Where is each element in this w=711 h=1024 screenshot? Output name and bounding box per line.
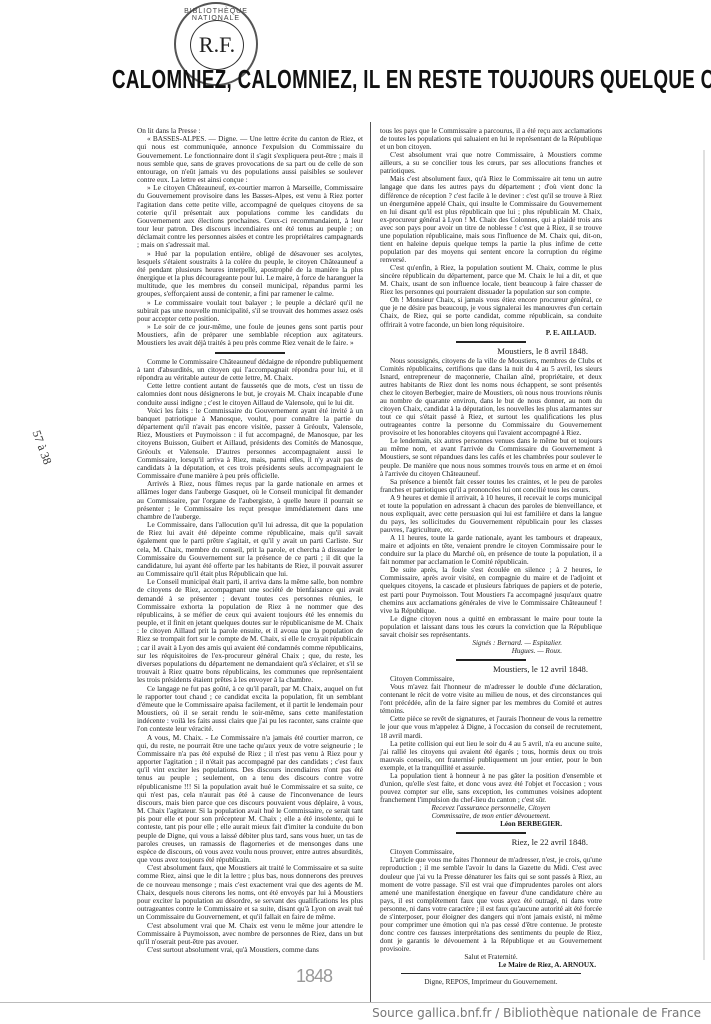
paragraph: » Hué par la population entière, obligé … — [137, 250, 363, 299]
paragraph: Comme le Commissaire Châteauneuf dédaign… — [137, 358, 363, 383]
handwritten-margin-note: 57 à 38 — [29, 428, 55, 466]
paragraph: C'est qu'enfin, à Riez, la population so… — [380, 264, 602, 296]
paragraph: » Le soir de ce jour-même, une foule de … — [137, 323, 363, 348]
paragraph: Le lendemain, six autres personnes venue… — [380, 437, 602, 477]
paragraph: Cette pièce se revêt de signatures, et j… — [380, 715, 602, 739]
salutation: Citoyen Commissaire, — [380, 675, 602, 683]
signature-arnoux: Le Maire de Riez, A. ARNOUX. — [380, 961, 602, 969]
section-rule — [456, 341, 526, 343]
signatories-line1: Signés : Bernard. — Espitalier. — [380, 639, 602, 647]
paragraph: Vous m'avez fait l'honneur de m'adresser… — [380, 683, 602, 715]
signatories-line2: Hugues. — Roux. — [380, 647, 602, 655]
printer-rule — [401, 973, 581, 974]
paragraph: De suite après, la foule s'est écoulée e… — [380, 566, 602, 614]
paragraph: Voici les faits : le Commissaire du Gouv… — [137, 407, 363, 481]
printer-imprint: Digne, REPOS, Imprimeur du Gouvernement. — [380, 978, 602, 986]
paragraph: tous les pays que le Commissaire a parco… — [380, 127, 602, 151]
section-rule — [456, 832, 526, 834]
paragraph: Sa présence a bientôt fait cesser toutes… — [380, 478, 602, 494]
dateline-letter1: Moustiers, le 8 avril 1848. — [380, 347, 602, 355]
section-rule — [215, 352, 285, 354]
paragraph: C'est absolument faux, que Moustiers ait… — [137, 864, 363, 921]
closing: Salut et Fraternité. — [380, 953, 602, 961]
pencil-year-annotation: 1848 — [296, 966, 332, 987]
column-divider — [370, 122, 371, 1002]
paragraph: Le digne citoyen nous a quitté en embras… — [380, 615, 602, 639]
paragraph: C'est absolument vrai que notre Commissa… — [380, 151, 602, 175]
salutation: Citoyen Commissaire, — [380, 848, 602, 856]
dateline-letter2: Moustiers, le 12 avril 1848. — [380, 665, 602, 673]
paragraph: C'est absolument vrai que M. Chaix est v… — [137, 922, 363, 947]
page-edge — [703, 150, 705, 960]
paragraph: Le Conseil municipal était parti, il arr… — [137, 578, 363, 684]
section-rule — [456, 659, 526, 661]
paragraph: Le Commissaire, dans l'allocution qu'il … — [137, 521, 363, 578]
paragraph: » Le commissaire voulait tout balayer ; … — [137, 299, 363, 324]
closing-line1: Recevez l'assurance personnelle, Citoyen — [380, 804, 602, 812]
signature-berbegier: Léon BERBEGIER. — [380, 820, 602, 828]
paragraph: A 9 heures et demie il arrivait, à 10 he… — [380, 494, 602, 534]
paragraph: A vous, M. Chaix. - Le Commissaire n'a j… — [137, 734, 363, 865]
stamp-initials: R.F. — [190, 20, 244, 70]
paragraph: « BASSES-ALPES. — Digne. — Une lettre éc… — [137, 135, 363, 184]
dateline-letter3: Riez, le 22 avril 1848. — [380, 838, 602, 846]
paragraph: Mais c'est absolument faux, qu'à Riez le… — [380, 175, 602, 264]
document-page: BIBLIOTHÈQUE NATIONALE R.F. CALOMNIEZ, C… — [0, 0, 711, 1024]
left-column: On lit dans la Presse : « BASSES-ALPES. … — [137, 127, 363, 954]
source-credit: Source gallica.bnf.fr / Bibliothèque nat… — [372, 1006, 701, 1020]
paragraph: Oh ! Monsieur Chaix, si jamais vous étie… — [380, 296, 602, 328]
page-bottom-edge — [0, 1002, 711, 1003]
paragraph: La petite collision qui eut lieu le soir… — [380, 740, 602, 772]
paragraph: La population tient à honneur à ne pas g… — [380, 772, 602, 804]
paragraph: » Le citoyen Châteauneuf, ex-courtier ma… — [137, 184, 363, 249]
headline: CALOMNIEZ, CALOMNIEZ, IL EN RESTE TOUJOU… — [112, 64, 486, 95]
signature-aillaud: P. E. AILLAUD. — [380, 329, 602, 337]
closing-line2: Commissaire, de mon entier dévouement. — [380, 812, 602, 820]
paragraph: A 11 heures, toute la garde nationale, a… — [380, 534, 602, 566]
paragraph: L'article que vous me faites l'honneur d… — [380, 856, 602, 953]
right-column: tous les pays que le Commissaire a parco… — [380, 127, 602, 986]
paragraph: Nous soussignés, citoyens de la ville de… — [380, 357, 602, 438]
paragraph: Ce langage ne fut pas goûté, à ce qu'il … — [137, 685, 363, 734]
paragraph: Cette lettre contient autant de fausseté… — [137, 382, 363, 407]
paragraph: C'est surtout absolument vrai, qu'à Mous… — [137, 946, 363, 954]
paragraph: Arrivés à Riez, nous fûmes reçus par la … — [137, 480, 363, 521]
